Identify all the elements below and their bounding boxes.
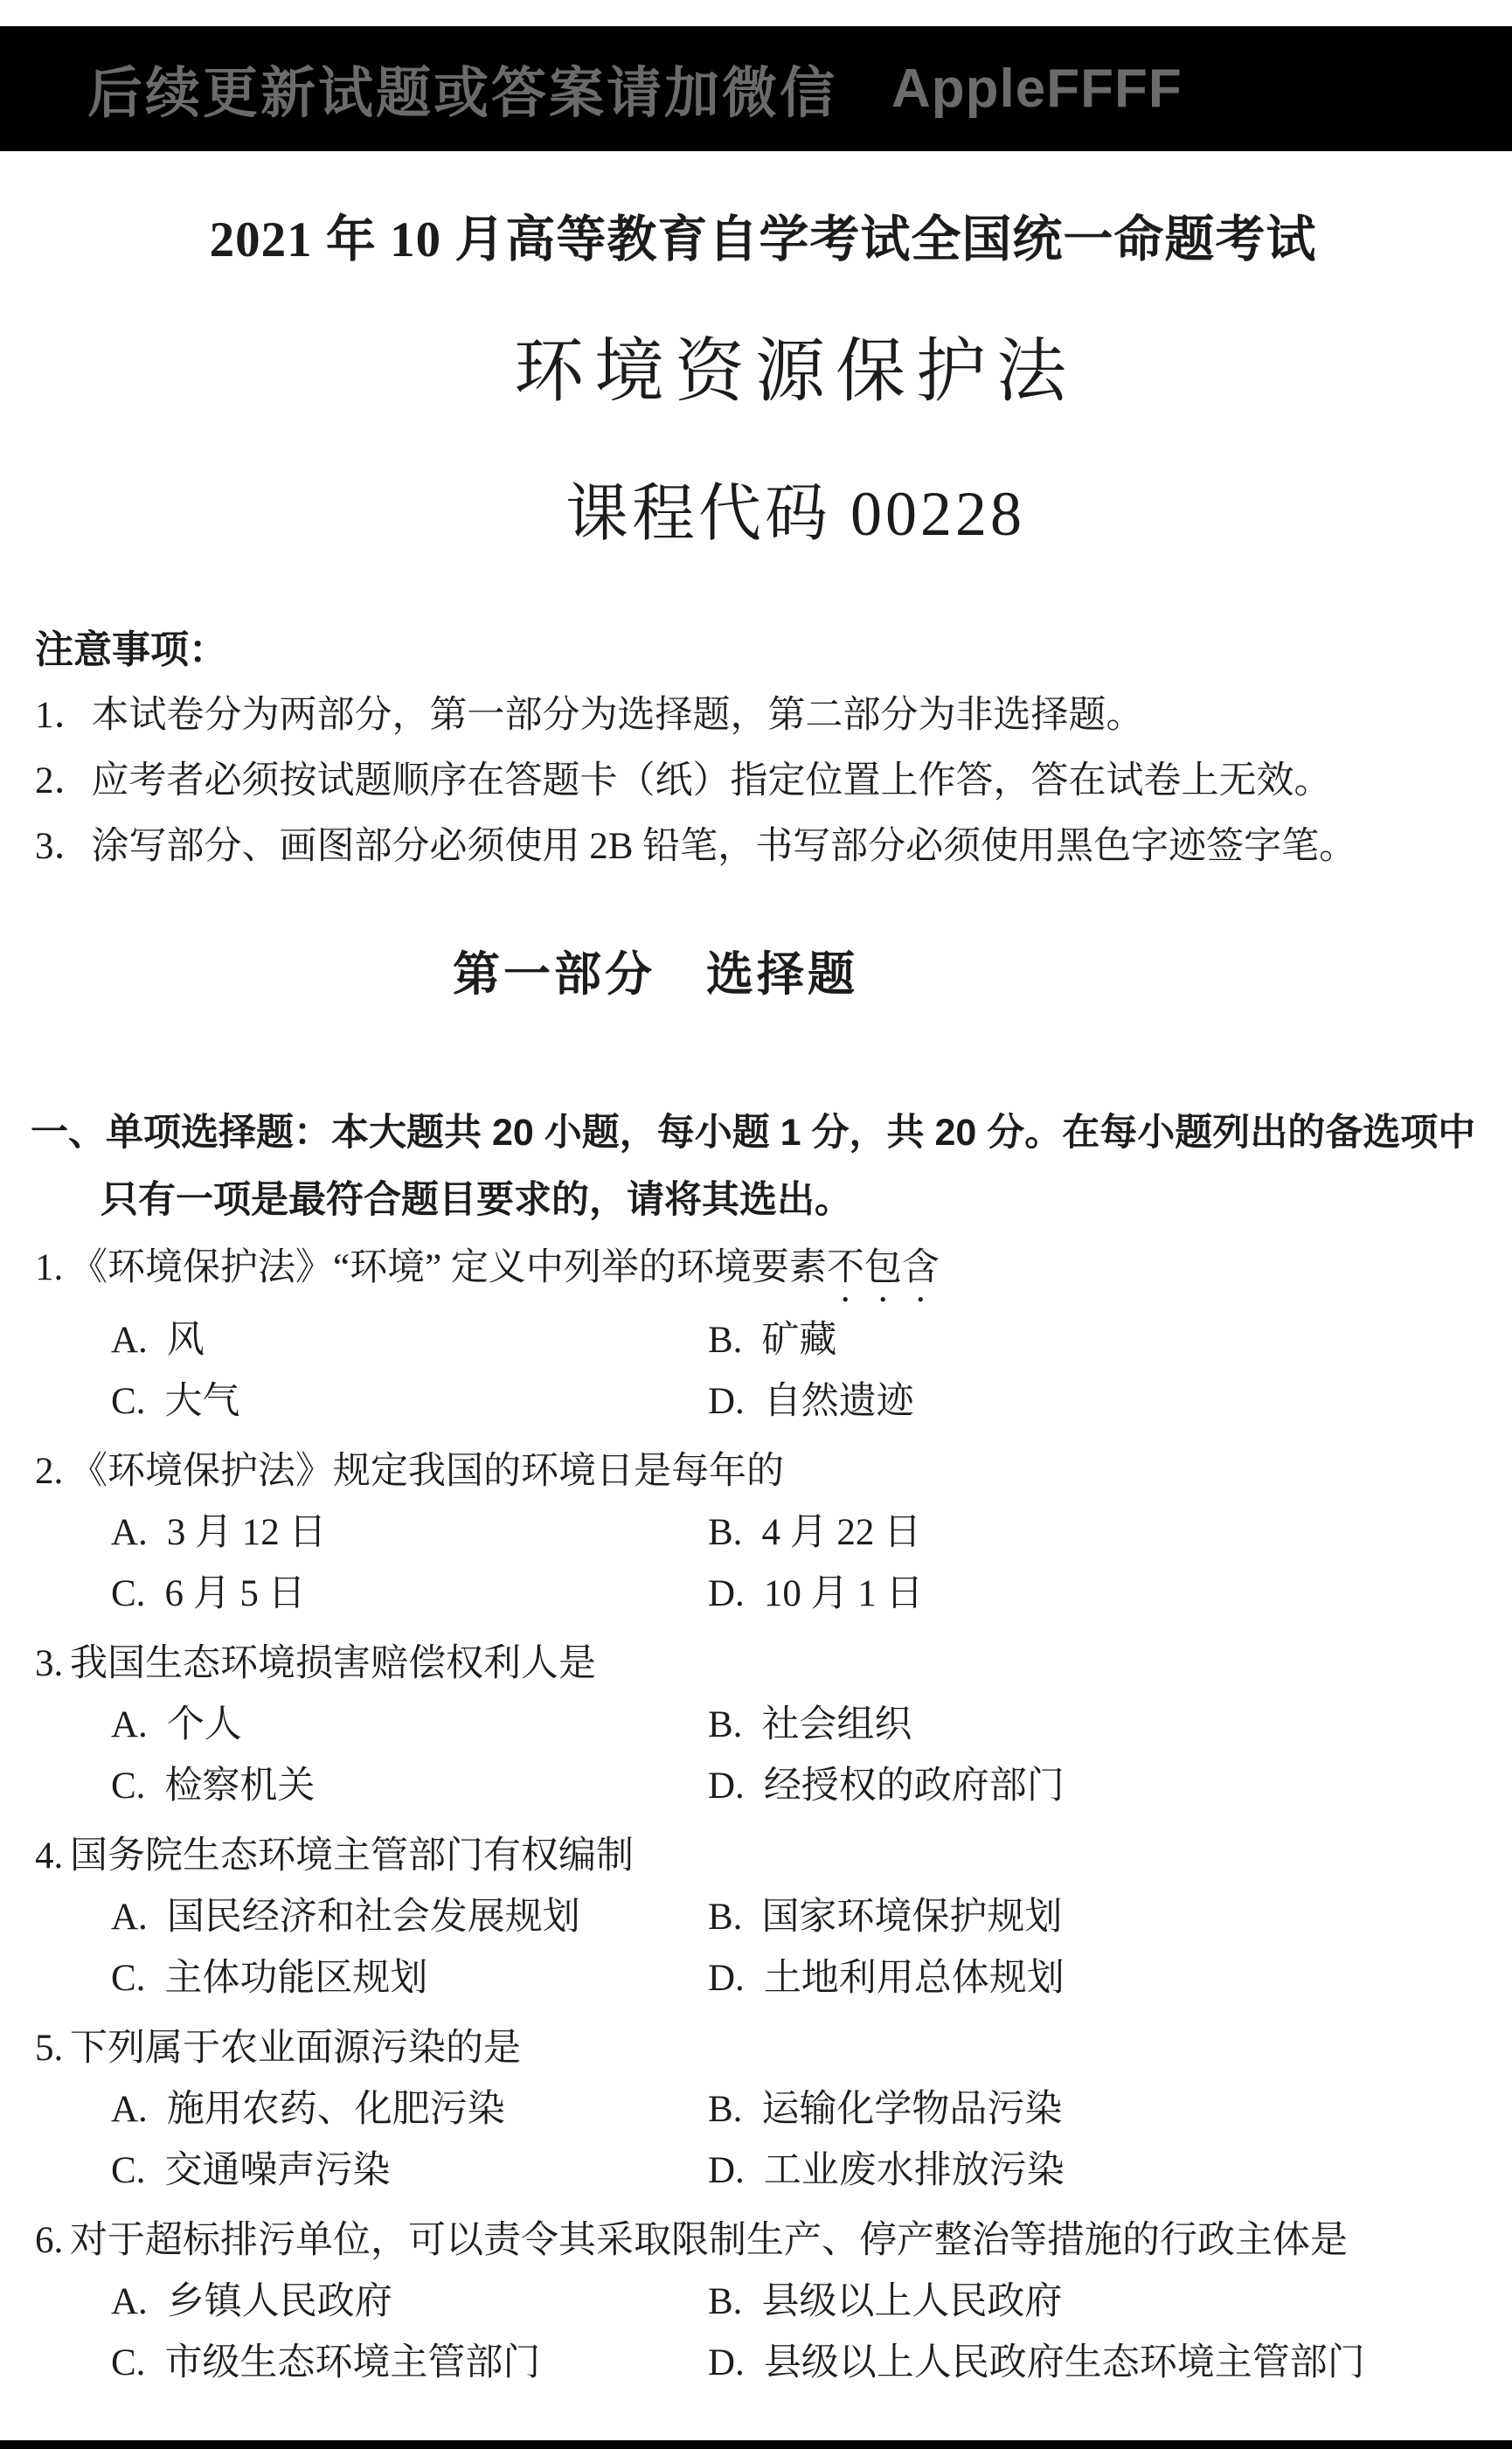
question-5-option-d: D. 工业废水排放污染	[708, 2140, 1512, 2202]
question-stem: 《环境保护法》规定我国的环境日是每年的	[70, 1441, 784, 1502]
option-label: B.	[708, 1695, 742, 1756]
option-text: 社会组织	[761, 1695, 912, 1756]
option-text: 市级生态环境主管部门	[164, 2333, 540, 2394]
question-5-option-c: C. 交通噪声污染	[111, 2140, 708, 2202]
option-text: 国家环境保护规划	[761, 1887, 1062, 1948]
question-3: 3. 我国生态环境损害赔偿权利人是 A. 个人 B. 社会组织 C. 检察机关	[0, 1634, 1512, 1817]
option-label: D.	[708, 1371, 745, 1433]
option-text: 县级以上人民政府	[761, 2272, 1062, 2333]
option-text: 6 月 5 日	[164, 1564, 305, 1625]
option-text: 4 月 22 日	[761, 1502, 921, 1564]
question-stem: 《环境保护法》“环境” 定义中列举的环境要素不包含	[70, 1238, 940, 1310]
option-text: 工业废水排放污染	[764, 2140, 1065, 2202]
option-text: 乡镇人民政府	[167, 2272, 392, 2333]
question-4-option-d: D. 土地利用总体规划	[708, 1948, 1512, 2009]
question-6: 6. 对于超标排污单位，可以责令其采取限制生产、停产整治等措施的行政主体是 A.…	[0, 2210, 1512, 2394]
question-3-options-row-2: C. 检察机关 D. 经授权的政府部门	[0, 1756, 1512, 1817]
watermark-banner: 后续更新试题或答案请加微信 AppleFFFF	[0, 26, 1512, 151]
question-number: 1.	[35, 1238, 70, 1310]
option-text: 主体功能区规划	[164, 1948, 427, 2009]
question-2-options-row-2: C. 6 月 5 日 D. 10 月 1 日	[0, 1564, 1512, 1625]
question-3-stem-line: 3. 我国生态环境损害赔偿权利人是	[0, 1634, 1512, 1695]
question-number: 4.	[35, 1826, 70, 1887]
question-1: 1. 《环境保护法》“环境” 定义中列举的环境要素不包含 A. 风 B. 矿藏 …	[0, 1238, 1512, 1433]
note-item-3: 3．涂写部分、画图部分必须使用 2B 铅笔，书写部分必须使用黑色字迹签字笔。	[35, 822, 1512, 871]
question-3-option-d: D. 经授权的政府部门	[708, 1756, 1512, 1817]
question-stem: 下列属于农业面源污染的是	[70, 2018, 521, 2079]
option-label: A.	[111, 1887, 148, 1948]
question-6-options-row-2: C. 市级生态环境主管部门 D. 县级以上人民政府生态环境主管部门	[0, 2333, 1512, 2394]
option-label: D.	[708, 1756, 745, 1817]
question-6-option-d: D. 县级以上人民政府生态环境主管部门	[708, 2333, 1512, 2394]
question-6-option-b: B. 县级以上人民政府	[708, 2272, 1512, 2333]
question-stem: 我国生态环境损害赔偿权利人是	[70, 1634, 596, 1695]
question-1-option-d: D. 自然遗迹	[708, 1371, 1512, 1433]
question-3-option-b: B. 社会组织	[708, 1695, 1512, 1756]
option-label: B.	[708, 2079, 742, 2140]
option-text: 个人	[167, 1695, 242, 1756]
question-5-options-row-2: C. 交通噪声污染 D. 工业废水排放污染	[0, 2140, 1512, 2202]
question-list: 1. 《环境保护法》“环境” 定义中列举的环境要素不包含 A. 风 B. 矿藏 …	[0, 1238, 1512, 2394]
option-text: 国民经济和社会发展规划	[167, 1887, 580, 1948]
option-text: 3 月 12 日	[167, 1502, 327, 1564]
option-label: C.	[111, 2140, 145, 2202]
option-label: D.	[708, 1948, 745, 2009]
question-1-option-a: A. 风	[111, 1310, 708, 1371]
option-label: C.	[111, 2333, 145, 2394]
question-2-option-b: B. 4 月 22 日	[708, 1502, 1512, 1564]
question-4-stem-line: 4. 国务院生态环境主管部门有权编制	[0, 1826, 1512, 1887]
option-label: D.	[708, 2140, 745, 2202]
option-label: A.	[111, 1695, 148, 1756]
question-5-options-row-1: A. 施用农药、化肥污染 B. 运输化学物品污染	[0, 2079, 1512, 2140]
option-text: 大气	[164, 1371, 239, 1433]
question-6-option-c: C. 市级生态环境主管部门	[111, 2333, 708, 2394]
notes-section: 注意事项： 1．本试卷分为两部分，第一部分为选择题，第二部分为非选择题。 2．应…	[0, 626, 1512, 871]
option-label: C.	[111, 1564, 145, 1625]
question-3-option-c: C. 检察机关	[111, 1756, 708, 1817]
course-code: 课程代码 00228	[39, 475, 1512, 552]
section-intro-line1: 一、单项选择题：本大题共 20 小题，每小题 1 分，共 20 分。在每小题列出…	[31, 1107, 1512, 1158]
option-label: A.	[111, 2079, 148, 2140]
option-label: B.	[708, 2272, 742, 2333]
question-number: 3.	[35, 1634, 70, 1695]
option-label: C.	[111, 1948, 145, 2009]
bottom-scan-bar	[0, 2440, 1512, 2449]
question-4-option-b: B. 国家环境保护规划	[708, 1887, 1512, 1948]
question-2-stem-line: 2. 《环境保护法》规定我国的环境日是每年的	[0, 1441, 1512, 1502]
question-6-option-a: A. 乡镇人民政府	[111, 2272, 708, 2333]
option-label: D.	[708, 2333, 745, 2394]
option-label: A.	[111, 2272, 148, 2333]
option-text: 县级以上人民政府生态环境主管部门	[764, 2333, 1365, 2394]
question-6-stem-line: 6. 对于超标排污单位，可以责令其采取限制生产、停产整治等措施的行政主体是	[0, 2210, 1512, 2272]
option-text: 运输化学物品污染	[761, 2079, 1062, 2140]
question-stem-emphasis: 不包含	[827, 1247, 940, 1288]
question-1-options-row-1: A. 风 B. 矿藏	[0, 1310, 1512, 1371]
option-label: A.	[111, 1502, 148, 1564]
option-label: C.	[111, 1756, 145, 1817]
question-1-option-c: C. 大气	[111, 1371, 708, 1433]
subject-title: 环境资源保护法	[39, 330, 1512, 414]
question-4-options-row-1: A. 国民经济和社会发展规划 B. 国家环境保护规划	[0, 1887, 1512, 1948]
option-text: 经授权的政府部门	[764, 1756, 1065, 1817]
option-text: 施用农药、化肥污染	[167, 2079, 505, 2140]
question-6-options-row-1: A. 乡镇人民政府 B. 县级以上人民政府	[0, 2272, 1512, 2333]
option-label: B.	[708, 1310, 742, 1371]
question-5-option-b: B. 运输化学物品污染	[708, 2079, 1512, 2140]
question-number: 2.	[35, 1441, 70, 1502]
question-2-option-c: C. 6 月 5 日	[111, 1564, 708, 1625]
part1-heading: 第一部分 选择题	[0, 948, 1411, 1001]
question-3-options-row-1: A. 个人 B. 社会组织	[0, 1695, 1512, 1756]
option-label: A.	[111, 1310, 148, 1371]
question-5: 5. 下列属于农业面源污染的是 A. 施用农药、化肥污染 B. 运输化学物品污染…	[0, 2018, 1512, 2202]
option-text: 自然遗迹	[764, 1371, 914, 1433]
option-text: 交通噪声污染	[164, 2140, 390, 2202]
option-text: 土地利用总体规划	[764, 1948, 1065, 2009]
question-stem: 对于超标排污单位，可以责令其采取限制生产、停产整治等措施的行政主体是	[70, 2210, 1348, 2272]
question-2-option-a: A. 3 月 12 日	[111, 1502, 708, 1564]
question-4-option-c: C. 主体功能区规划	[111, 1948, 708, 2009]
question-4-option-a: A. 国民经济和社会发展规划	[111, 1887, 708, 1948]
question-stem-text: 《环境保护法》“环境” 定义中列举的环境要素	[70, 1247, 827, 1288]
option-label: B.	[708, 1502, 742, 1564]
note-item-1: 1．本试卷分为两部分，第一部分为选择题，第二部分为非选择题。	[35, 691, 1512, 740]
option-label: D.	[708, 1564, 745, 1625]
option-label: B.	[708, 1887, 742, 1948]
question-number: 6.	[35, 2210, 70, 2272]
exam-paper-page: 后续更新试题或答案请加微信 AppleFFFF 2021 年 10 月高等教育自…	[0, 26, 1512, 2394]
question-2: 2. 《环境保护法》规定我国的环境日是每年的 A. 3 月 12 日 B. 4 …	[0, 1441, 1512, 1625]
question-1-options-row-2: C. 大气 D. 自然遗迹	[0, 1371, 1512, 1433]
question-2-option-d: D. 10 月 1 日	[708, 1564, 1512, 1625]
option-text: 检察机关	[164, 1756, 315, 1817]
banner-wechat-id: AppleFFFF	[891, 58, 1183, 120]
option-text: 10 月 1 日	[764, 1564, 924, 1625]
question-1-stem-line: 1. 《环境保护法》“环境” 定义中列举的环境要素不包含	[0, 1238, 1512, 1310]
notes-title: 注意事项：	[35, 626, 1512, 675]
question-4: 4. 国务院生态环境主管部门有权编制 A. 国民经济和社会发展规划 B. 国家环…	[0, 1826, 1512, 2009]
exam-session-title: 2021 年 10 月高等教育自学考试全国统一命题考试	[7, 205, 1512, 275]
question-1-option-b: B. 矿藏	[708, 1310, 1512, 1371]
question-5-option-a: A. 施用农药、化肥污染	[111, 2079, 708, 2140]
question-5-stem-line: 5. 下列属于农业面源污染的是	[0, 2018, 1512, 2079]
question-number: 5.	[35, 2018, 70, 2079]
question-4-options-row-2: C. 主体功能区规划 D. 土地利用总体规划	[0, 1948, 1512, 2009]
section-intro-line2: 只有一项是最符合题目要求的，请将其选出。	[101, 1175, 1512, 1225]
option-label: C.	[111, 1371, 145, 1433]
option-text: 风	[167, 1310, 205, 1371]
question-stem: 国务院生态环境主管部门有权编制	[70, 1826, 634, 1887]
option-text: 矿藏	[761, 1310, 836, 1371]
question-2-options-row-1: A. 3 月 12 日 B. 4 月 22 日	[0, 1502, 1512, 1564]
banner-chinese-text: 后续更新试题或答案请加微信	[87, 49, 837, 128]
note-item-2: 2．应考者必须按试题顺序在答题卡（纸）指定位置上作答，答在试卷上无效。	[35, 757, 1512, 806]
question-3-option-a: A. 个人	[111, 1695, 708, 1756]
